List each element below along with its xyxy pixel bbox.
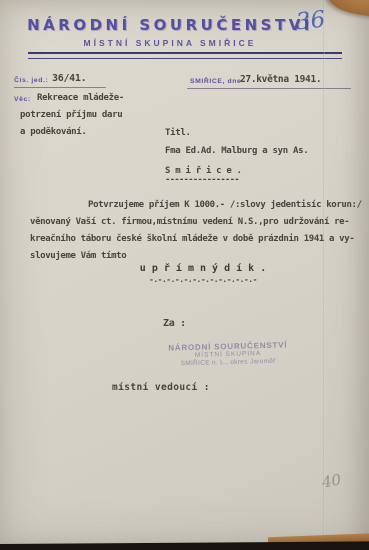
dateline-place-label: SMIŘICE, dne (190, 78, 241, 85)
addressee-underline: ---------------- (165, 175, 239, 185)
reference-number-label: Čís. jed.: (14, 77, 48, 84)
subject-label: Věc: (14, 96, 31, 103)
thanks-underline: -.-.-.-.-.-.-.-.-.-.-.-.- (118, 275, 288, 284)
dateline-date-value: 27.května 1941. (240, 74, 321, 85)
body-line-3: kreačního táboru české školní mládeže v … (30, 231, 360, 248)
letterhead-subtitle: MÍSTNÍ SKUPINA SMIŘICE (0, 38, 340, 48)
body-paragraph: Potvrzujeme příjem K 1000.- /:slovy jede… (30, 197, 360, 265)
subject-line-2: potrzení příjmu daru (20, 110, 122, 120)
body-line-2: věnovaný Vaší ct. firmou,místnímu vedení… (30, 214, 360, 231)
addressee-company: Fma Ed.Ad. Malburg a syn As. (165, 146, 308, 156)
organization-stamp: NÁRODNÍ SOURUČENSTVÍ MÍSTNÍ SKUPINA SMIŘ… (148, 340, 309, 369)
scan-edge-band (0, 541, 369, 550)
reference-underline (14, 87, 106, 88)
scanned-letter-page: NÁRODNÍ SOURUČENSTVÍ 36 MÍSTNÍ SKUPINA S… (0, 0, 369, 550)
paper-fold-crease (323, 0, 325, 550)
dateline-underline (187, 88, 351, 89)
handwritten-number: 36 (295, 7, 327, 36)
role-label: místní vedoucí : (112, 382, 210, 393)
body-line-1: Potvrzujeme příjem K 1000.- /:slovy jede… (30, 197, 360, 214)
addressee-salutation: Titl. (165, 128, 191, 138)
subject-line-3: a poděkování. (20, 127, 87, 137)
letterhead-title: NÁRODNÍ SOURUČENSTVÍ (0, 16, 340, 34)
za-label: Za : (163, 318, 186, 329)
thanks-emphasis: u p ř í m n ý d í k . (118, 263, 288, 274)
subject-line-1: Rekreace mládeže- (37, 93, 124, 103)
letterhead-divider (28, 52, 342, 59)
reference-number-value: 36/41. (52, 73, 86, 84)
